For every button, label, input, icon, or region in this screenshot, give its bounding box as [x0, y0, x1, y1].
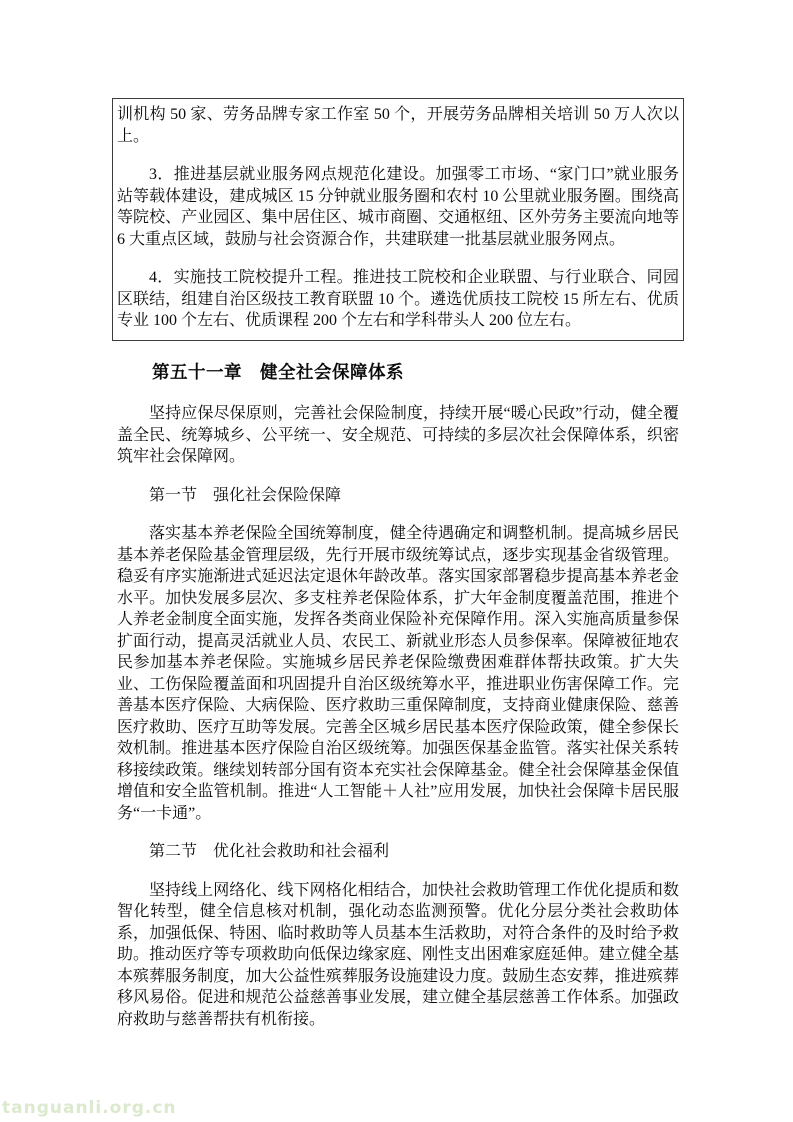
boxed-paragraph-item-4: 4．实施技工院校提升工程。推进技工院校和企业联盟、与行业联合、同园区联结，组建自…: [117, 267, 679, 332]
boxed-paragraph-item-3: 3．推进基层就业服务网点规范化建设。加强零工市场、“家门口”就业服务站等载体建设…: [117, 164, 679, 250]
document-content: 训机构 50 家、劳务品牌专家工作室 50 个，开展劳务品牌相关培训 50 万人…: [117, 98, 679, 1047]
boxed-text-block: 训机构 50 家、劳务品牌专家工作室 50 个，开展劳务品牌相关培训 50 万人…: [112, 98, 684, 341]
watermark: tanguanli.org.cn: [2, 1098, 177, 1118]
section-2-paragraph: 坚持线上网络化、线下网格化相结合，加快社会救助管理工作优化提质和数智化转型，健全…: [117, 880, 679, 1031]
chapter-heading: 第五十一章 健全社会保障体系: [117, 362, 679, 384]
section-2-heading: 第二节 优化社会救助和社会福利: [117, 841, 679, 863]
boxed-paragraph-continuation: 训机构 50 家、劳务品牌专家工作室 50 个，开展劳务品牌相关培训 50 万人…: [117, 104, 679, 147]
document-page: 训机构 50 家、劳务品牌专家工作室 50 个，开展劳务品牌相关培训 50 万人…: [0, 0, 793, 1122]
chapter-intro-paragraph: 坚持应保尽保原则，完善社会保险制度，持续开展“暖心民政”行动，健全覆盖全民、统筹…: [117, 403, 679, 468]
section-1-heading: 第一节 强化社会保险保障: [117, 485, 679, 507]
section-1-paragraph: 落实基本养老保险全国统筹制度，健全待遇确定和调整机制。提高城乡居民基本养老保险基…: [117, 523, 679, 824]
